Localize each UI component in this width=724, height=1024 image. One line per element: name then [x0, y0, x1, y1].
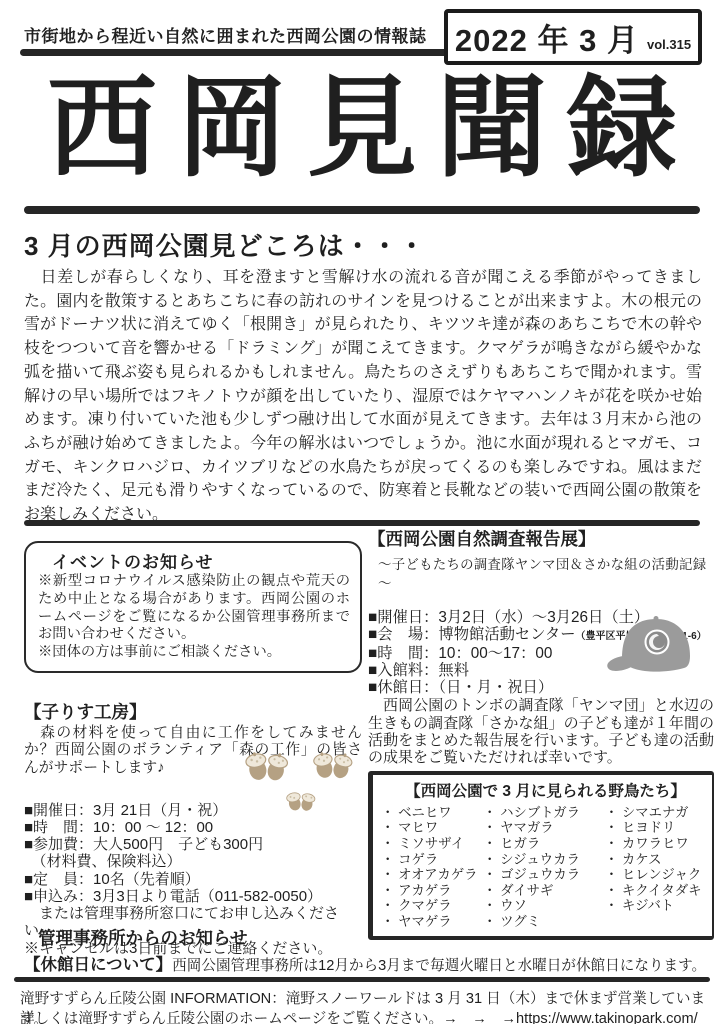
- workshop-detail-row: ■申込み：3月3日より電話（011-582-0050）: [24, 888, 362, 905]
- birds-column: シマエナガ ヒヨドリ カワラヒワ カケス ヒレンジャク キクイタダキ キジバト: [605, 805, 710, 930]
- birds-box: 【西岡公園で 3 月に見られる野鳥たち】 ベニヒワ マヒワ ミソサザイ コゲラ …: [368, 771, 714, 940]
- issue-volume: vol.315: [647, 37, 691, 52]
- bird-item: シマエナガ: [605, 805, 710, 821]
- newsletter-title: 西岡見聞録: [0, 58, 724, 198]
- bird-item: ヤマガラ: [483, 820, 605, 836]
- newsletter-tagline: 市街地から程近い自然に囲まれた西岡公園の情報誌: [24, 22, 427, 47]
- takino-link-line: 詳しくは滝野すずらん丘陵公園のホームページをご覧ください。→ → →https:…: [20, 1007, 720, 1024]
- left-column: イベントのお知らせ ※新型コロナウイルス感染防止の観点や荒天のため中止となる場合…: [24, 541, 362, 957]
- exhibition-detail-date: ■開催日：3月2日（水）～3月26日（土）: [368, 609, 714, 626]
- issue-date-box: 2022 年 3 月 vol.315: [444, 9, 702, 65]
- event-notice-box: イベントのお知らせ ※新型コロナウイルス感染防止の観点や荒天のため中止となる場合…: [24, 541, 362, 673]
- bird-item: ヒレンジャク: [605, 867, 710, 883]
- closed-days-label: 【休館日について】: [24, 956, 172, 974]
- march-highlights-paragraph: 日差しが春らしくなり、耳を澄ますと雪解け水の流れる音が聞こえる季節がやってきまし…: [24, 266, 702, 527]
- bird-item: ゴジュウカラ: [483, 867, 605, 883]
- exhibition-description: 西岡公園のトンボの調査隊「ヤンマ団」と水辺の生きもの調査隊「さかな組」の子ども達…: [368, 697, 714, 765]
- exhibition-detail-time: ■時 間：10：00～17：00: [368, 645, 714, 662]
- event-notice-line: ※団体の方は事前にご相談ください。: [38, 644, 350, 662]
- birds-list: ベニヒワ マヒワ ミソサザイ コゲラ オオアカゲラ アカゲラ クマゲラ ヤマゲラ…: [381, 805, 710, 930]
- exhibition-venue-address: （豊平区平岸5条15丁目1-6）: [576, 631, 707, 642]
- event-notice-line: ※新型コロナウイルス感染防止の観点や荒天のため中止となる場合があります。西岡公園…: [38, 573, 350, 644]
- birds-column: ベニヒワ マヒワ ミソサザイ コゲラ オオアカゲラ アカゲラ クマゲラ ヤマゲラ: [381, 805, 483, 930]
- exhibition-venue-text: ■会 場：博物館活動センター: [368, 626, 576, 643]
- birds-column: ハシブトガラ ヤマガラ ヒガラ シジュウカラ ゴジュウカラ ダイサギ ウソ ツグ…: [483, 805, 605, 930]
- bird-item: カケス: [605, 852, 710, 868]
- bird-item: ミソサザイ: [381, 836, 483, 852]
- workshop-detail-row: ■参加費：大人500円 子ども300円: [24, 836, 362, 853]
- bird-item: ハシブトガラ: [483, 805, 605, 821]
- bird-item: ヤマゲラ: [381, 914, 483, 930]
- workshop-intro: 森の材料を使って自由に工作をしてみませんか？西岡公園のボランティア「森の工作」の…: [24, 725, 362, 777]
- office-notice-line: 【休館日について】西岡公園管理事務所は12月から3月まで毎週火曜日と水曜日が休館…: [24, 951, 714, 975]
- bird-item: ヒガラ: [483, 836, 605, 852]
- office-notice-heading: 管理事務所からのお知らせ: [38, 925, 247, 950]
- workshop-detail-row: （材料費、保険料込）: [24, 853, 362, 870]
- exhibition-detail-venue: ■会 場：博物館活動センター（豊平区平岸5条15丁目1-6）: [368, 626, 714, 645]
- bird-item: オオアカゲラ: [381, 867, 483, 883]
- bird-item: キクイタダキ: [605, 883, 710, 899]
- march-highlights-heading: 3 月の西岡公園見どころは・・・: [24, 226, 426, 263]
- event-notice-title: イベントのお知らせ: [52, 548, 350, 573]
- workshop-title: 【子りす工房】: [24, 699, 362, 724]
- title-divider: [24, 206, 700, 214]
- bird-item: クマゲラ: [381, 898, 483, 914]
- takino-park-link[interactable]: https://www.takinopark.com/: [516, 1011, 698, 1024]
- tagline-underline: [20, 49, 458, 56]
- bird-item: シジュウカラ: [483, 852, 605, 868]
- workshop-detail-row: ■定 員：10名（先着順）: [24, 871, 362, 888]
- bottom-divider: [14, 977, 710, 982]
- issue-date: 2022 年 3 月: [455, 15, 639, 60]
- exhibition-details: ■開催日：3月2日（水）～3月26日（土） ■会 場：博物館活動センター（豊平区…: [368, 609, 714, 696]
- workshop-detail-row: ■時 間：10：00 ～ 12：00: [24, 819, 362, 836]
- exhibition-detail-fee: ■入館料：無料: [368, 662, 714, 679]
- exhibition-subtitle: ～子どもたちの調査隊ヤンマ団＆さかな組の活動記録～: [378, 554, 714, 592]
- exhibition-detail-closed: ■休館日：（日・月・祝日）: [368, 679, 714, 696]
- birds-title: 【西岡公園で 3 月に見られる野鳥たち】: [381, 779, 710, 801]
- bird-item: カワラヒワ: [605, 836, 710, 852]
- bird-item: キジバト: [605, 898, 710, 914]
- exhibition-title: 【西岡公園自然調査報告展】: [368, 526, 714, 551]
- bird-item: ツグミ: [483, 914, 605, 930]
- bird-item: マヒワ: [381, 820, 483, 836]
- bird-item: ヒヨドリ: [605, 820, 710, 836]
- bird-item: ウソ: [483, 898, 605, 914]
- takino-link-text: 詳しくは滝野すずらん丘陵公園のホームページをご覧ください。→ → →: [20, 1011, 516, 1024]
- bird-item: ベニヒワ: [381, 805, 483, 821]
- right-column: 【西岡公園自然調査報告展】 ～子どもたちの調査隊ヤンマ団＆さかな組の活動記録～ …: [368, 526, 714, 940]
- bird-item: ダイサギ: [483, 883, 605, 899]
- office-notice-text: 西岡公園管理事務所は12月から3月まで毎週火曜日と水曜日が休館日になります。: [172, 958, 706, 974]
- bird-item: アカゲラ: [381, 883, 483, 899]
- workshop-detail-row: ■開催日：3月 21日（月・祝）: [24, 802, 362, 819]
- bird-item: コゲラ: [381, 852, 483, 868]
